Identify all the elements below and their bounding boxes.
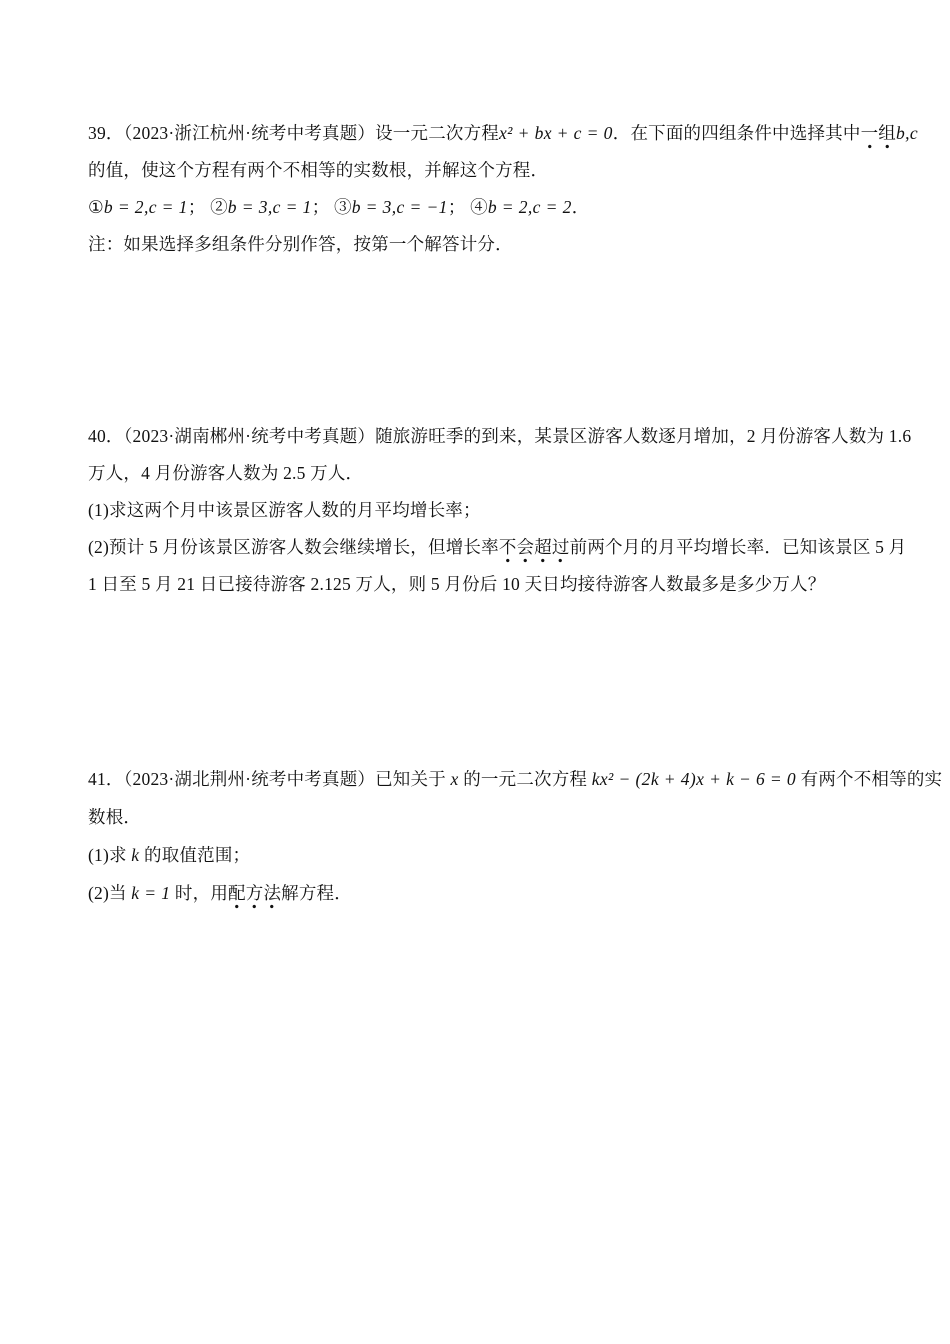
text-line: 的值，使这个方程有两个不相等的实数根，并解这个方程． [88, 152, 888, 189]
text-run: 前两个月的月平均增长率．已知该景区 5 月 [570, 537, 907, 557]
text-run: ② [210, 197, 228, 217]
problem-39: 39．（2023·浙江杭州·统考中考真题）设一元二次方程x² + bx + c … [88, 115, 888, 263]
text-line: 1 日至 5 月 21 日已接待游客 2.125 万人，则 5 月份后 10 天… [88, 566, 888, 603]
math-expression: x² + bx + c = 0 [499, 123, 613, 143]
text-run: ； [188, 197, 210, 217]
text-run: ； [448, 197, 470, 217]
text-run: 解方程． [281, 883, 352, 903]
math-expression: b = 2,c = 1 [104, 197, 188, 217]
math-expression: b = 3,c = 1 [228, 197, 312, 217]
text-run: 的取值范围； [139, 845, 250, 865]
text-line: 万人，4 月份游客人数为 2.5 万人． [88, 455, 888, 492]
text-line: 41．（2023·湖北荆州·统考中考真题）已知关于 x 的一元二次方程 kx² … [88, 760, 888, 798]
text-run: 注：如果选择多组条件分别作答，按第一个解答计分． [88, 234, 513, 254]
math-expression: k = 1 [131, 883, 170, 903]
text-line: (2)预计 5 月份该景区游客人数会继续增长，但增长率不会超过前两个月的月平均增… [88, 529, 888, 566]
text-run: (1)求这两个月中该景区游客人数的月平均增长率； [88, 500, 481, 520]
math-expression: x [450, 769, 458, 789]
text-run: ③ [334, 197, 352, 217]
math-expression: b = 2,c = 2 [488, 197, 572, 217]
text-run: ． [572, 197, 590, 217]
emphasized-text: 配方法 [228, 883, 281, 909]
text-line: (1)求这两个月中该景区游客人数的月平均增长率； [88, 492, 888, 529]
text-line: (1)求 k 的取值范围； [88, 836, 888, 874]
problem-40: 40．（2023·湖南郴州·统考中考真题）随旅游旺季的到来，某景区游客人数逐月增… [88, 418, 888, 603]
text-run: 41．（2023·湖北荆州·统考中考真题）已知关于 [88, 769, 450, 789]
text-run: ； [312, 197, 334, 217]
text-line: ①b = 2,c = 1； ②b = 3,c = 1； ③b = 3,c = −… [88, 189, 888, 226]
text-run: (2)预计 5 月份该景区游客人数会继续增长，但增长率 [88, 537, 499, 557]
text-run: (2)当 [88, 883, 131, 903]
text-run: 万人，4 月份游客人数为 2.5 万人． [88, 463, 363, 483]
document-page: 39．（2023·浙江杭州·统考中考真题）设一元二次方程x² + bx + c … [0, 0, 950, 1344]
emphasized-text: 一组 [861, 123, 896, 149]
text-line: 数根． [88, 798, 888, 836]
text-run: 40．（2023·湖南郴州·统考中考真题）随旅游旺季的到来，某景区游客人数逐月增… [88, 426, 911, 446]
text-run: 39．（2023·浙江杭州·统考中考真题）设一元二次方程 [88, 123, 499, 143]
text-line: 40．（2023·湖南郴州·统考中考真题）随旅游旺季的到来，某景区游客人数逐月增… [88, 418, 888, 455]
math-expression: b,c [896, 123, 918, 143]
text-run: ．在下面的四组条件中选择其中 [613, 123, 861, 143]
text-run: 的值，使这个方程有两个不相等的实数根，并解这个方程． [88, 160, 548, 180]
text-run: 的一元二次方程 [459, 769, 592, 789]
emphasized-text: 不会超过 [499, 537, 570, 563]
text-run: ① [88, 197, 104, 217]
text-line: (2)当 k = 1 时，用配方法解方程． [88, 874, 888, 912]
text-run: 时，用 [170, 883, 228, 903]
text-run: 数根． [88, 807, 141, 827]
math-expression: b = 3,c = −1 [352, 197, 448, 217]
text-line: 注：如果选择多组条件分别作答，按第一个解答计分． [88, 226, 888, 263]
math-expression: kx² − (2k + 4)x + k − 6 = 0 [592, 769, 796, 789]
problem-41: 41．（2023·湖北荆州·统考中考真题）已知关于 x 的一元二次方程 kx² … [88, 760, 888, 912]
text-run: 有两个不相等的实 [796, 769, 942, 789]
text-run: ④ [470, 197, 488, 217]
text-line: 39．（2023·浙江杭州·统考中考真题）设一元二次方程x² + bx + c … [88, 115, 888, 152]
text-run: (1)求 [88, 845, 131, 865]
text-run: 1 日至 5 月 21 日已接待游客 2.125 万人，则 5 月份后 10 天… [88, 574, 825, 594]
